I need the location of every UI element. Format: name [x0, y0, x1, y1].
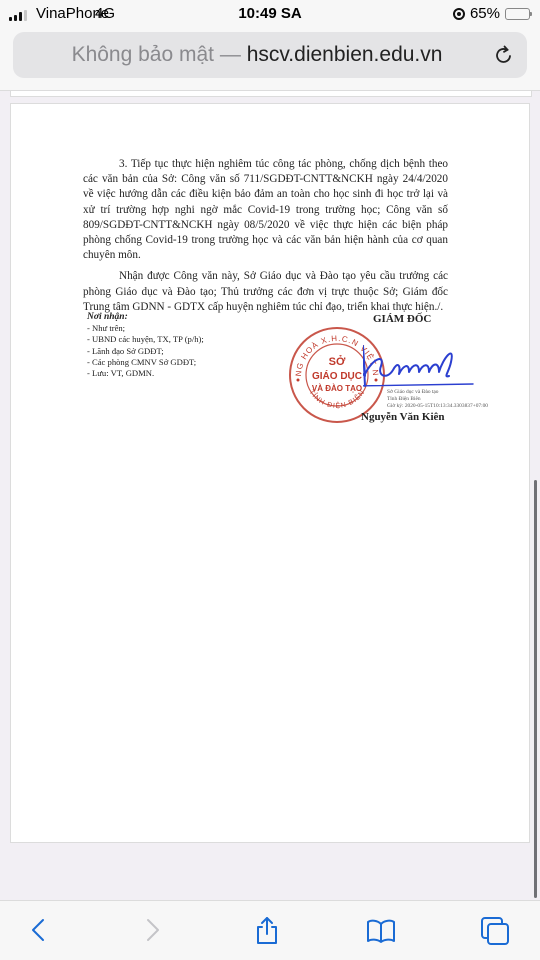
recipients-block: Nơi nhận: - Như trên; - UBND các huyện, … [87, 312, 204, 379]
battery-percent: 65% [470, 5, 500, 22]
sig-timestamp: Giờ ký: 2020-05-15T10:13:34.3303837+07:0… [387, 403, 488, 410]
recipient-item: - Lãnh đạo Sở GDĐT; [87, 346, 204, 357]
document-body: 3. Tiếp tục thực hiện nghiêm túc công tá… [83, 157, 448, 315]
domain-label: hscv.dienbien.edu.vn [247, 43, 443, 66]
browser-toolbar [0, 900, 540, 960]
status-bar: VinaPhone 4G 10:49 SA 65% [0, 0, 540, 30]
signer-name: Nguyễn Văn Kiên [361, 411, 445, 423]
chevron-right-icon[interactable] [137, 915, 167, 945]
recipient-item: - Như trên; [87, 323, 204, 334]
sig-org: Sở Giáo dục và Đào tạo [387, 389, 488, 396]
security-label: Không bảo mật — [72, 43, 241, 66]
digital-signature-info: Sở Giáo dục và Đào tạo Tỉnh Điện Biên Gi… [387, 389, 488, 410]
paragraph-closing: Nhận được Công văn này, Sở Giáo dục và Đ… [83, 269, 448, 315]
svg-text:GIÁO DỤC: GIÁO DỤC [312, 369, 362, 382]
signature-title: GIÁM ĐỐC [373, 313, 431, 325]
url-display[interactable]: Không bảo mật — hscv.dienbien.edu.vn [13, 43, 501, 67]
share-icon[interactable] [252, 915, 282, 945]
recipient-item: - Các phòng CMNV Sở GDĐT; [87, 357, 204, 368]
svg-text:SỞ: SỞ [329, 355, 346, 368]
battery-icon [505, 8, 530, 20]
document-viewer[interactable]: 3. Tiếp tục thực hiện nghiêm túc công tá… [0, 91, 540, 899]
status-right: 65% [453, 5, 530, 22]
address-bar[interactable]: Không bảo mật — hscv.dienbien.edu.vn [13, 32, 527, 78]
recipients-title: Nơi nhận: [87, 312, 204, 323]
paragraph-3: 3. Tiếp tục thực hiện nghiêm túc công tá… [83, 157, 448, 263]
recipient-item: - Lưu: VT, GDMN. [87, 368, 204, 379]
rotation-lock-icon [453, 8, 465, 20]
document-page: 3. Tiếp tục thực hiện nghiêm túc công tá… [10, 103, 530, 843]
svg-text:VÀ ĐÀO TẠO: VÀ ĐÀO TẠO [312, 384, 362, 393]
previous-page-edge [10, 91, 532, 97]
chevron-left-icon[interactable] [24, 915, 54, 945]
recipient-item: - UBND các huyện, TX, TP (p/h); [87, 334, 204, 345]
tabs-icon[interactable] [480, 915, 510, 945]
browser-header: Không bảo mật — hscv.dienbien.edu.vn [0, 30, 540, 91]
reload-icon[interactable] [492, 43, 516, 67]
book-icon[interactable] [366, 915, 396, 945]
handwritten-signature-icon [363, 336, 483, 396]
sig-province: Tỉnh Điện Biên [387, 396, 488, 403]
scrollbar[interactable] [534, 480, 537, 898]
